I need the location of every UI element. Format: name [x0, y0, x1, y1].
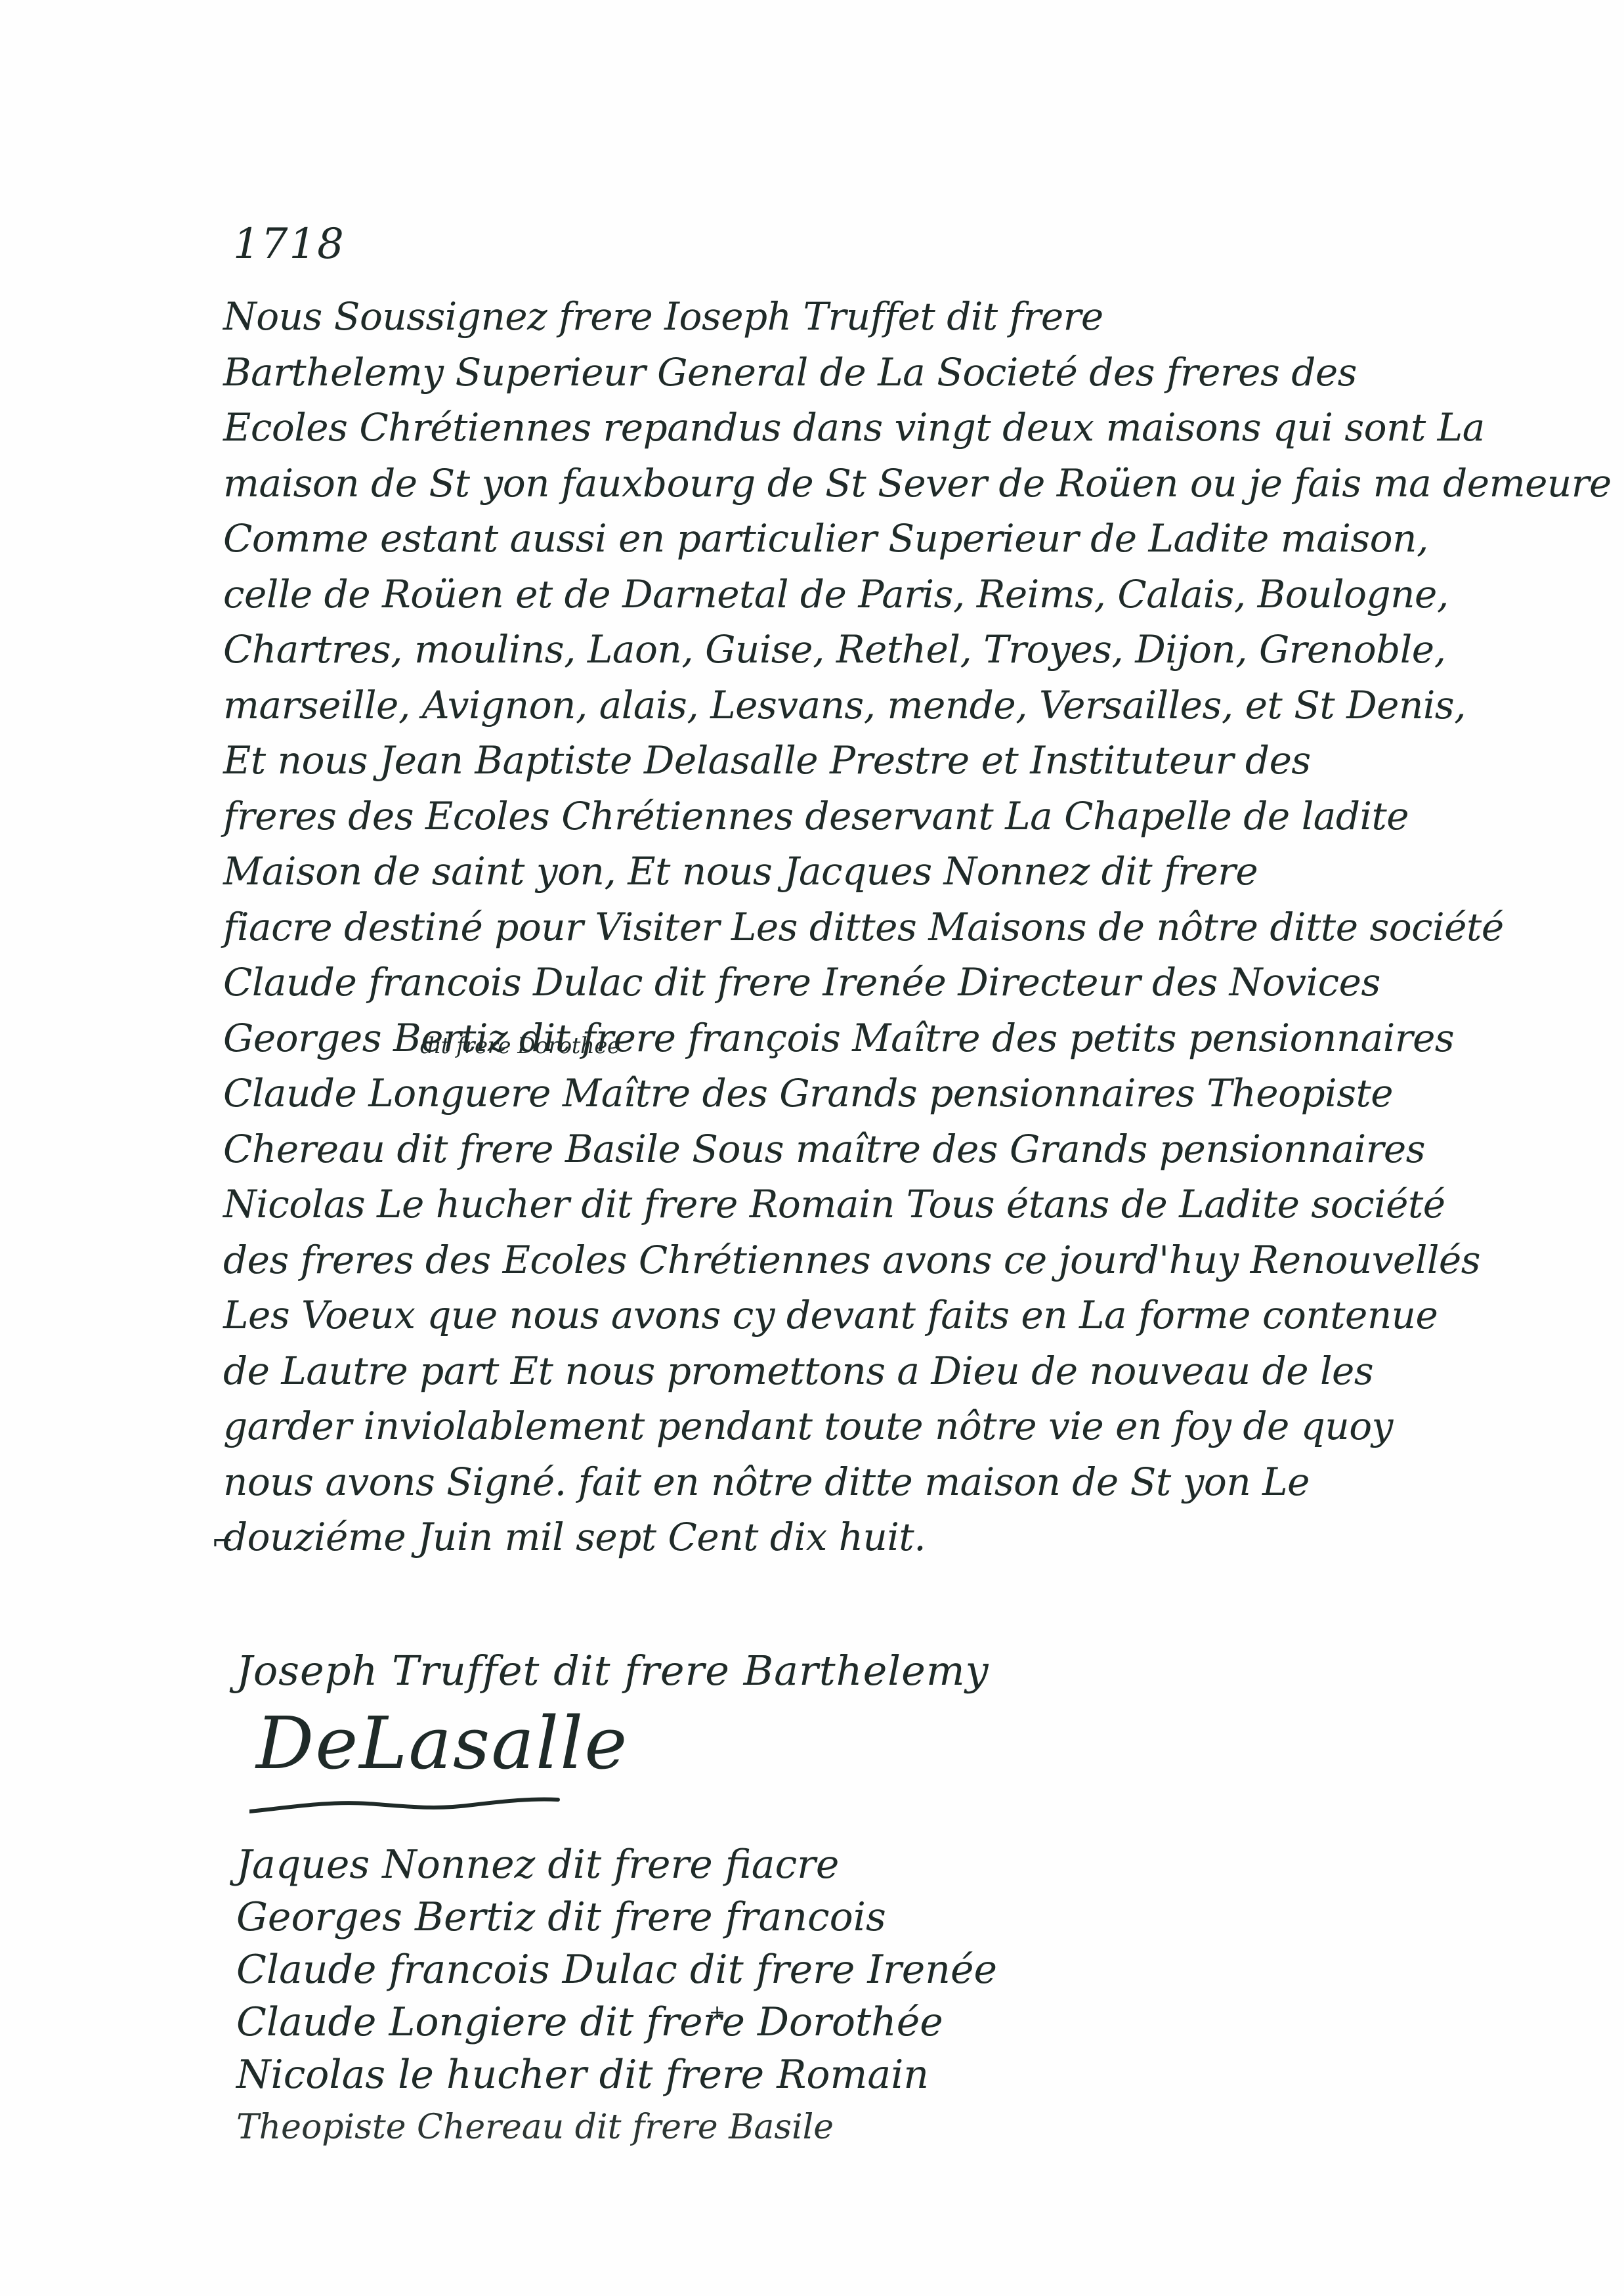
body-line: Barthelemy Superieur General de La Socie… — [223, 345, 1418, 401]
body-line: Chereau dit frere Basile Sous maître des… — [223, 1121, 1418, 1177]
body-line: Ecoles Chrétiennes repandus dans vingt d… — [223, 400, 1418, 456]
body-line: Claude francois Dulac dit frere Irenée D… — [223, 955, 1418, 1010]
body-line: de Lautre part Et nous promettons a Dieu… — [223, 1343, 1418, 1399]
manuscript-page: 1718 Nous Soussignez frere Ioseph Truffe… — [0, 0, 1624, 2296]
year-marker: 1718 — [233, 220, 345, 269]
body-line: Chartres, moulins, Laon, Guise, Rethel, … — [223, 622, 1418, 678]
signature-block: Joseph Truffet dit frere Barthelemy DeLa… — [236, 1641, 1352, 2154]
body-line: garder inviolablement pendant toute nôtr… — [223, 1398, 1418, 1454]
body-line: Et nous Jean Baptiste Delasalle Prestre … — [223, 733, 1418, 789]
body-line: Comme estant aussi en particulier Superi… — [223, 511, 1418, 567]
signature-dulac: Claude francois Dulac dit frere Irenée — [236, 1943, 1352, 1996]
body-line: celle de Roüen et de Darnetal de Paris, … — [223, 567, 1418, 622]
signature-flourish-icon — [249, 1796, 565, 1815]
vow-renewal-text: Nous Soussignez frere Ioseph Truffet dit… — [223, 289, 1418, 1565]
body-line: Nous Soussignez frere Ioseph Truffet dit… — [223, 289, 1418, 345]
signature-longiere: Claude Longiere dit frere Dorothée — [236, 1996, 1352, 2048]
body-line: nous avons Signé. fait en nôtre ditte ma… — [223, 1454, 1418, 1510]
body-line: Georges Bertiz dit frere françois Maître… — [223, 1010, 1418, 1066]
body-line: maison de St yon fauxbourg de St Sever d… — [223, 456, 1418, 511]
body-line: freres des Ecoles Chrétiennes deservant … — [223, 789, 1418, 844]
signature-delasalle: DeLasalle — [236, 1700, 1352, 1786]
body-line: douziéme Juin mil sept Cent dix huit. — [223, 1509, 1418, 1565]
body-line: fiacre destiné pour Visiter Les dittes M… — [223, 899, 1418, 955]
body-line: Claude Longuere Maître des Grands pensio… — [223, 1066, 1418, 1121]
body-line: marseille, Avignon, alais, Lesvans, mend… — [223, 678, 1418, 733]
signature-delasalle-text: DeLasalle — [256, 1701, 628, 1785]
signature-chereau: Theopiste Chereau dit frere Basile — [236, 2101, 1352, 2154]
body-line: Les Voeux que nous avons cy devant faits… — [223, 1288, 1418, 1343]
body-line: Nicolas Le hucher dit frere Romain Tous … — [223, 1177, 1418, 1232]
body-line: Maison de saint yon, Et nous Jacques Non… — [223, 844, 1418, 899]
signature-nonnez: Jaques Nonnez dit frere fiacre — [236, 1838, 1352, 1891]
margin-mark-icon: ⌐ — [211, 1527, 234, 1557]
cross-mark-icon: + — [709, 2001, 725, 2024]
signature-le-hucher: Nicolas le hucher dit frere Romain — [236, 2048, 1352, 2101]
brothers-signatures: Jaques Nonnez dit frere fiacre Georges B… — [236, 1838, 1352, 2154]
signature-truffet: Joseph Truffet dit frere Barthelemy — [236, 1641, 1352, 1700]
body-line: des freres des Ecoles Chrétiennes avons … — [223, 1232, 1418, 1288]
signature-bertiz: Georges Bertiz dit frere francois — [236, 1891, 1352, 1943]
